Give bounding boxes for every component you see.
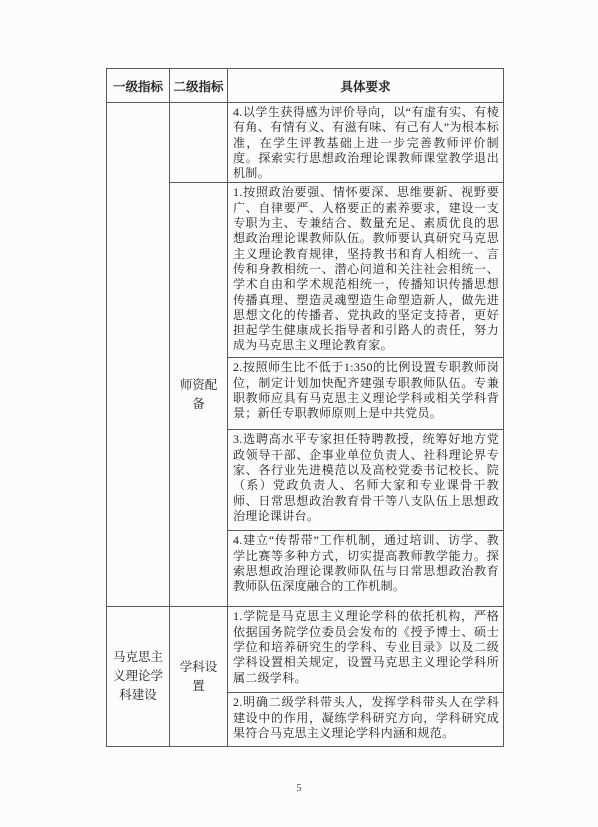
page-number: 5: [0, 783, 598, 794]
level1-cell-marxism-discipline: 马克思主义理论学科建设: [107, 607, 170, 747]
requirement-cell-discipline-1: 1.学院是马克思主义理论学科的依托机构，严格依据国务院学位委员会发布的《授予博士…: [228, 607, 504, 693]
level2-cell-continued-empty: [170, 103, 228, 183]
header-specific-requirements: 具体要求: [228, 69, 504, 103]
table-row: 马克思主义理论学科建设 学科设置 1.学院是马克思主义理论学科的依托机构，严格依…: [107, 607, 504, 693]
header-level1-indicator: 一级指标: [107, 69, 170, 103]
requirement-cell-staffing-2: 2.按照师生比不低于1:350的比例设置专职教师岗位，制定计划加快配齐建强专职教…: [228, 358, 504, 430]
requirement-cell-evaluation: 4.以学生获得感为评价导向，以“有虚有实、有棱有角、有情有义、有滋有味、有己有人…: [228, 103, 504, 183]
level1-cell-section1-empty: [107, 103, 170, 607]
document-page: 一级指标 二级指标 具体要求 4.以学生获得感为评价导向，以“有虚有实、有棱有角…: [0, 0, 598, 827]
level2-cell-discipline-setup: 学科设置: [170, 607, 228, 747]
table-header-row: 一级指标 二级指标 具体要求: [107, 69, 504, 103]
requirement-cell-staffing-3: 3.选聘高水平专家担任特聘教授，统筹好地方党政领导干部、企事业单位负责人、社科理…: [228, 430, 504, 531]
requirement-cell-staffing-4: 4.建立“传帮带”工作机制，通过培训、访学、教学比赛等多种方式，切实提高教师教学…: [228, 531, 504, 607]
table-row: 4.以学生获得感为评价导向，以“有虚有实、有棱有角、有情有义、有滋有味、有己有人…: [107, 103, 504, 183]
indicator-table: 一级指标 二级指标 具体要求 4.以学生获得感为评价导向，以“有虚有实、有棱有角…: [106, 68, 504, 747]
level2-cell-teacher-staffing: 师资配备: [170, 183, 228, 607]
header-level2-indicator: 二级指标: [170, 69, 228, 103]
requirement-cell-staffing-1: 1.按照政治要强、情怀要深、思维要新、视野要广、自律要严、人格要正的素养要求，建…: [228, 183, 504, 358]
requirement-cell-discipline-2: 2.明确二级学科带头人，发挥学科带头人在学科建设中的作用，凝练学科研究方向，学科…: [228, 693, 504, 747]
